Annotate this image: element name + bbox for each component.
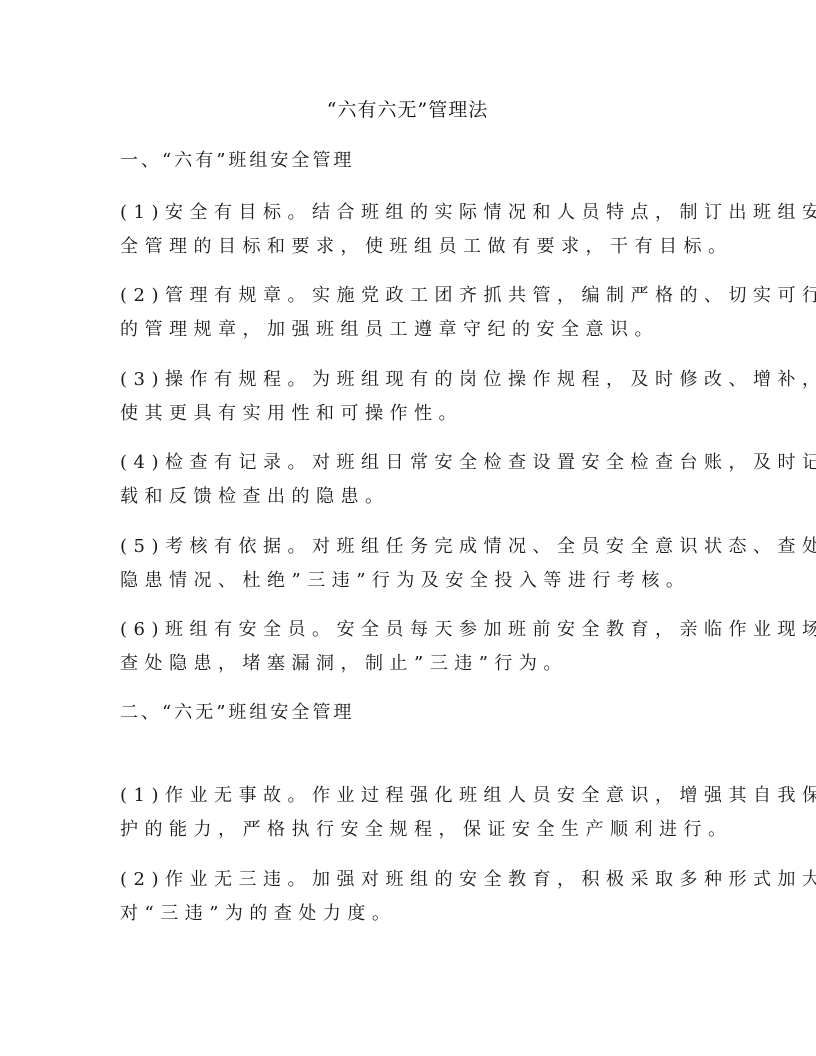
paragraph-line: (2)管理有规章。实施党政工团齐抓共管，编制严格的、切实可行 — [120, 279, 695, 313]
paragraph-liuyou-4: (4)检查有记录。对班组日常安全检查设置安全检查台账，及时记 载和反馈检查出的隐… — [120, 446, 695, 513]
paragraph-line: (1)安全有目标。结合班组的实际情况和人员特点，制订出班组安 — [120, 196, 695, 230]
paragraph-line: 的管理规章，加强班组员工遵章守纪的安全意识。 — [120, 313, 695, 347]
paragraph-line: 使其更具有实用性和可操作性。 — [120, 397, 695, 431]
document-title: “六有六无”管理法 — [120, 96, 695, 124]
paragraph-liuwu-2: (2)作业无三违。加强对班组的安全教育，积极采取多种形式加大 对“三违”为的查处… — [120, 863, 695, 930]
paragraph-liuyou-1: (1)安全有目标。结合班组的实际情况和人员特点，制订出班组安 全管理的目标和要求… — [120, 196, 695, 263]
paragraph-line: (2)作业无三违。加强对班组的安全教育，积极采取多种形式加大 — [120, 863, 695, 897]
paragraph-line: 查处隐患，堵塞漏洞，制止”三违”行为。 — [120, 647, 695, 681]
paragraph-line: 隐患情况、杜绝”三违”行为及安全投入等进行考核。 — [120, 564, 695, 598]
paragraph-line: 全管理的目标和要求，使班组员工做有要求，干有目标。 — [120, 230, 695, 264]
paragraph-line: (4)检查有记录。对班组日常安全检查设置安全检查台账，及时记 — [120, 446, 695, 480]
paragraph-liuwu-1: (1)作业无事故。作业过程强化班组人员安全意识，增强其自我保 护的能力，严格执行… — [120, 779, 695, 846]
paragraph-line: (3)操作有规程。为班组现有的岗位操作规程，及时修改、增补， — [120, 363, 695, 397]
section-heading-liuwu: 二、“六无”班组安全管理 — [120, 699, 354, 727]
paragraph-liuyou-2: (2)管理有规章。实施党政工团齐抓共管，编制严格的、切实可行 的管理规章，加强班… — [120, 279, 695, 346]
section-heading-liuyou: 一、“六有”班组安全管理 — [120, 147, 354, 175]
paragraph-line: 载和反馈检查出的隐患。 — [120, 480, 695, 514]
paragraph-liuyou-5: (5)考核有依据。对班组任务完成情况、全员安全意识状态、查处 隐患情况、杜绝”三… — [120, 530, 695, 597]
paragraph-liuyou-3: (3)操作有规程。为班组现有的岗位操作规程，及时修改、增补， 使其更具有实用性和… — [120, 363, 695, 430]
paragraph-line: (1)作业无事故。作业过程强化班组人员安全意识，增强其自我保 — [120, 779, 695, 813]
paragraph-line: 对“三违”为的查处力度。 — [120, 897, 695, 931]
paragraph-line: (6)班组有安全员。安全员每天参加班前安全教育，亲临作业现场 — [120, 613, 695, 647]
paragraph-line: (5)考核有依据。对班组任务完成情况、全员安全意识状态、查处 — [120, 530, 695, 564]
paragraph-liuyou-6: (6)班组有安全员。安全员每天参加班前安全教育，亲临作业现场 查处隐患，堵塞漏洞… — [120, 613, 695, 680]
paragraph-line: 护的能力，严格执行安全规程，保证安全生产顺利进行。 — [120, 813, 695, 847]
